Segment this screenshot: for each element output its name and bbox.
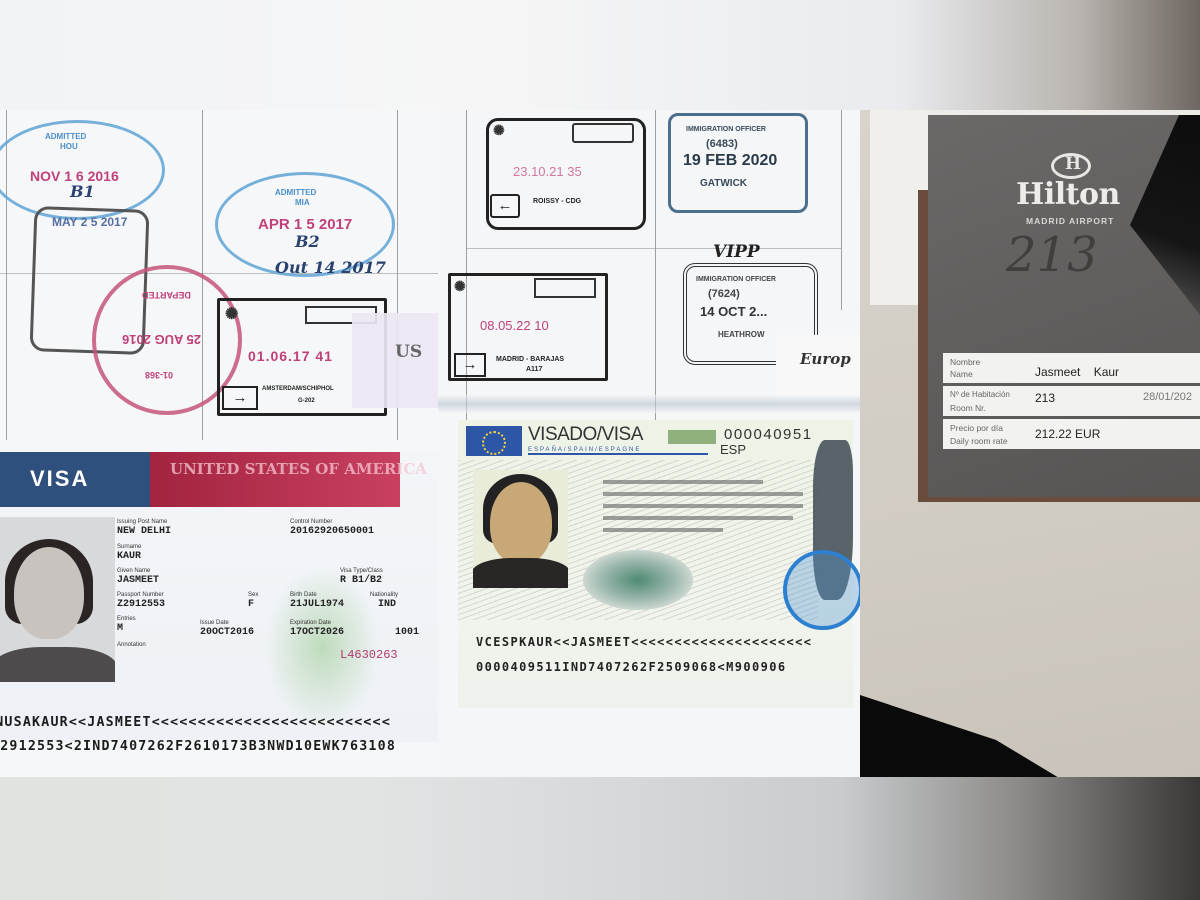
plane-icon (572, 123, 634, 143)
mrz-line-2: 0000409511IND7407262F2509068<M900906 (476, 660, 787, 674)
handwritten-note: VIPP (713, 242, 760, 262)
field-issuing-post: NEW DELHI (117, 526, 171, 537)
stamp-title: IMMIGRATION OFFICER (696, 276, 776, 283)
exit-arrow-icon: ← (490, 194, 520, 218)
handwritten-note: B2 (295, 232, 320, 251)
field-label: Passport Number (117, 592, 164, 598)
info-label: Nombre (950, 356, 980, 368)
hotel-brand: Hilton (1016, 177, 1120, 212)
visa-photo (0, 517, 115, 682)
daily-rate: 212.22 EUR (1035, 427, 1100, 441)
entry-arrow-icon: → (454, 353, 486, 377)
stamp-place: GATWICK (700, 178, 747, 189)
stamp-code: (6483) (706, 138, 738, 150)
spain-seal-icon (783, 550, 860, 630)
eu-stars-icon: ✺ (493, 122, 505, 139)
eu-stars-icon: ✺ (225, 304, 238, 324)
info-label: Daily room rate (950, 435, 1008, 447)
info-label: Room Nr. (950, 402, 986, 414)
stamp-date: 01.06.17 41 (248, 348, 333, 364)
hotel-card-photo: Hilton MADRID AIRPORT 213 Nombre Name Ja… (860, 110, 1200, 777)
visa-data-line (603, 528, 723, 532)
hotel-location: MADRID AIRPORT (1026, 216, 1114, 226)
visa-green-tag (668, 430, 716, 444)
field-birth-date: 21JUL1974 (290, 599, 344, 610)
field-surname: KAUR (117, 551, 141, 562)
field-label: Nationality (370, 592, 398, 598)
eu-flag-icon (466, 426, 522, 456)
field-label: Annotation (117, 642, 146, 648)
info-row-name: Nombre Name Jasmeet Kaur (943, 353, 1200, 383)
stamp-code: (7624) (708, 288, 740, 300)
field-label: Expiration Date (290, 620, 331, 626)
info-label: Precio por día (950, 422, 1003, 434)
info-row-rate: Precio por día Daily room rate 212.22 EU… (943, 419, 1200, 449)
visa-title: VISADO/VISA (528, 424, 643, 446)
visa-photo (473, 470, 568, 588)
blurred-bottom-background (0, 777, 1200, 900)
visa-serial: L4630263 (340, 648, 398, 662)
stamp-title: IMMIGRATION OFFICER (686, 126, 766, 133)
stamp-date: 08.05.22 10 (480, 318, 549, 333)
field-label: Visa Type/Class (340, 568, 383, 574)
info-label: Nº de Habitación (950, 389, 1010, 401)
handwritten-note: B1 (70, 182, 95, 201)
field-label: Surname (117, 544, 141, 550)
us-passport-page: ADMITTED HOU NOV 1 6 2016 B1 MAY 2 5 201… (0, 110, 438, 777)
shadow (1130, 115, 1200, 315)
stamp-place: AMSTERDAM/SCHIPHOL (262, 386, 334, 392)
us-visa-sticker: VISA UNITED STATES OF AMERICA Issuing Po… (0, 452, 438, 742)
plane-icon (534, 278, 596, 298)
field-extra-code: 1001 (395, 627, 419, 638)
handwritten-note: Out 14 2017 (275, 258, 386, 277)
stamp-title: ADMITTED (275, 188, 316, 197)
visa-banner: UNITED STATES OF AMERICA (170, 460, 427, 478)
page-fold (438, 395, 860, 413)
field-label: Issuing Post Name (117, 519, 167, 525)
field-label: Issue Date (200, 620, 229, 626)
visa-data-line (603, 492, 803, 496)
field-issue-date: 20OCT2016 (200, 627, 254, 638)
hilton-logo-icon (1051, 153, 1091, 179)
mrz-line-1: VCESPKAUR<<JASMEET<<<<<<<<<<<<<<<<<<<<< (476, 635, 812, 649)
handwritten-note: US (395, 342, 422, 362)
stamp-date: APR 1 5 2017 (258, 216, 352, 233)
page-grid-line (466, 248, 841, 249)
field-label: Entries (117, 616, 136, 622)
field-sex: F (248, 599, 254, 610)
stamp-date: 25 AUG 2016 (122, 332, 201, 347)
check-in-date: 28/01/202 (1143, 391, 1192, 403)
field-given-name: JASMEET (117, 575, 159, 586)
field-control-number: 20162920650001 (290, 526, 374, 537)
stamp-code: A117 (526, 366, 542, 373)
stamp-title: ADMITTED (45, 132, 86, 141)
info-row-room: Nº de Habitación Room Nr. 213 28/01/202 (943, 386, 1200, 416)
room-number: 213 (1035, 391, 1055, 405)
visa-data-line (603, 516, 793, 520)
es-passport-page: ✺ 23.10.21 35 ← ROISSY - CDG IMMIGRATION… (438, 110, 860, 777)
entry-arrow-icon: → (222, 386, 258, 410)
stamp-code: G-202 (298, 398, 315, 404)
mrz-line-2: Z2912553<2IND7407262F2610173B3NWD10EWK76… (0, 739, 396, 754)
hilton-key-card: Hilton MADRID AIRPORT 213 Nombre Name Ja… (928, 115, 1200, 497)
visa-data-line (603, 480, 763, 484)
field-label: Control Number (290, 519, 332, 525)
mrz-line-1: VNUSAKAUR<<JASMEET<<<<<<<<<<<<<<<<<<<<<<… (0, 715, 391, 730)
field-label: Given Name (117, 568, 150, 574)
visa-title: VISA (30, 466, 89, 492)
guest-name: Jasmeet Kaur (1035, 365, 1119, 379)
field-label: Birth Date (290, 592, 317, 598)
visa-security-wash (265, 567, 380, 727)
field-entries: M (117, 623, 123, 634)
stamp-date: 23.10.21 35 (513, 164, 582, 179)
stamp-title: DEPARTED (142, 290, 191, 300)
visa-hologram (583, 550, 693, 610)
page-grid-line (655, 110, 656, 440)
stamp-place: ROISSY - CDG (533, 198, 581, 205)
visa-data-line (603, 504, 803, 508)
page-grid-line (466, 110, 467, 430)
blurred-top-background (0, 0, 1200, 110)
stamp-date: 14 OCT 2... (700, 304, 767, 319)
stamp-code: 01-368 (145, 370, 173, 380)
eu-stars-icon: ✺ (454, 278, 466, 295)
stamp-place: MADRID - BARAJAS (496, 356, 564, 363)
field-nationality: IND (378, 599, 396, 610)
field-expiration-date: 17OCT2026 (290, 627, 344, 638)
field-passport-number: Z2912553 (117, 599, 165, 610)
visa-subtitle: ESPAÑA/SPAIN/ESPAGNE (528, 447, 708, 455)
info-label: Name (950, 368, 973, 380)
stamp-code: HOU (60, 142, 78, 151)
handwritten-room-number: 213 (1006, 227, 1098, 283)
page-grid-line (841, 110, 842, 310)
es-visa-sticker: VISADO/VISA ESPAÑA/SPAIN/ESPAGNE 0000409… (458, 420, 853, 708)
visa-country-code: ESP (720, 442, 746, 457)
stamp-place: HEATHROW (718, 330, 765, 339)
dark-surface (860, 695, 1200, 777)
handwritten-note: Europ (800, 350, 851, 368)
stamp-code: MIA (295, 198, 310, 207)
stamp-date: 19 FEB 2020 (683, 152, 777, 170)
stamp-date: MAY 2 5 2017 (52, 215, 127, 229)
field-label: Sex (248, 592, 258, 598)
visa-number: 000040951 (724, 426, 813, 443)
field-visa-type: R B1/B2 (340, 575, 382, 586)
